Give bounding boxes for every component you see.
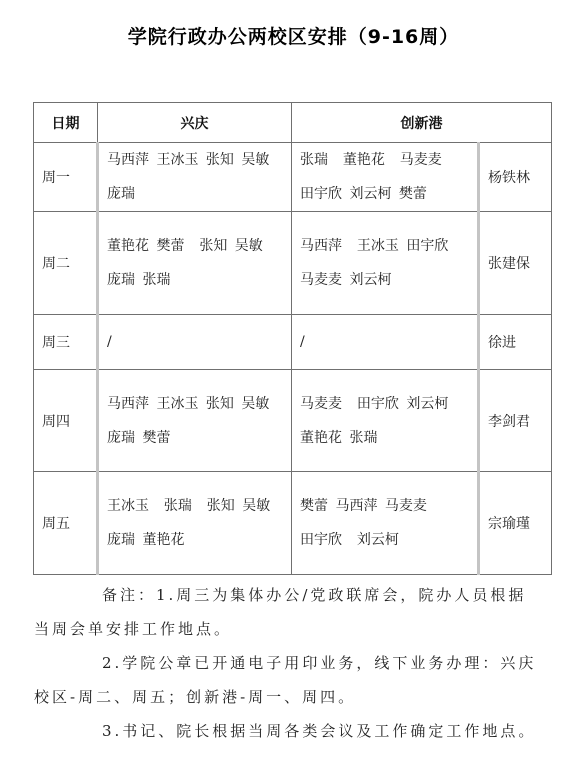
staff-line: 庞瑞 董艳花 [107, 523, 291, 557]
day-cell: 周五 [34, 472, 98, 575]
chuangxingang-staff-cell: 张瑞 董艳花 马麦麦 田宇欣 刘云柯 樊蕾 [292, 143, 479, 212]
table-row: 周三 / / 徐进 [34, 315, 552, 370]
note-2-line-2: 校区-周二、周五；创新港-周一、周四。 [34, 680, 547, 714]
header-xingqing: 兴庆 [98, 103, 292, 143]
chuangxingang-staff-cell: 马西萍 王冰玉 田宇欣 马麦麦 刘云柯 [292, 212, 479, 315]
staff-line: 马麦麦 田宇欣 刘云柯 [300, 387, 477, 421]
xingqing-staff-cell: 董艳花 樊蕾 张知 吴敏 庞瑞 张瑞 [98, 212, 292, 315]
xingqing-staff-cell: 马西萍 王冰玉 张知 吴敏 庞瑞 樊蕾 [98, 370, 292, 472]
chuangxingang-staff-cell: 樊蕾 马西萍 马麦麦 田宇欣 刘云柯 [292, 472, 479, 575]
header-date: 日期 [34, 103, 98, 143]
table-row: 周一 马西萍 王冰玉 张知 吴敏 庞瑞 张瑞 董艳花 马麦麦 田宇欣 刘云柯 樊… [34, 143, 552, 212]
staff-line: / [107, 325, 291, 359]
note-1-line-1: 备注：1.周三为集体办公/党政联席会，院办人员根据 [67, 578, 547, 612]
leader-cell: 李剑君 [479, 370, 552, 472]
day-cell: 周一 [34, 143, 98, 212]
staff-line: 庞瑞 张瑞 [107, 263, 291, 297]
staff-line: / [300, 325, 477, 359]
staff-line: 田宇欣 刘云柯 [300, 523, 477, 557]
note-1-line-2: 当周会单安排工作地点。 [34, 612, 547, 646]
leader-cell: 张建保 [479, 212, 552, 315]
table-row: 周五 王冰玉 张瑞 张知 吴敏 庞瑞 董艳花 樊蕾 马西萍 马麦麦 田宇欣 刘云… [34, 472, 552, 575]
schedule-table: 日期 兴庆 创新港 周一 马西萍 王冰玉 张知 吴敏 庞瑞 张瑞 董艳花 马麦麦… [33, 102, 552, 575]
note-2-line-1: 2.学院公章已开通电子用印业务，线下业务办理：兴庆 [67, 646, 547, 680]
xingqing-staff-cell: / [98, 315, 292, 370]
table-header-row: 日期 兴庆 创新港 [34, 103, 552, 143]
page-title: 学院行政办公两校区安排（9-16周） [0, 22, 587, 49]
staff-line: 张瑞 董艳花 马麦麦 [300, 143, 477, 177]
leader-cell: 宗瑜瑾 [479, 472, 552, 575]
notes-section: 备注：1.周三为集体办公/党政联席会，院办人员根据 当周会单安排工作地点。 2.… [67, 578, 547, 748]
chuangxingang-staff-cell: / [292, 315, 479, 370]
staff-line: 王冰玉 张瑞 张知 吴敏 [107, 489, 291, 523]
staff-line: 马西萍 王冰玉 田宇欣 [300, 229, 477, 263]
leader-cell: 杨铁林 [479, 143, 552, 212]
chuangxingang-staff-cell: 马麦麦 田宇欣 刘云柯 董艳花 张瑞 [292, 370, 479, 472]
leader-cell: 徐进 [479, 315, 552, 370]
staff-line: 马西萍 王冰玉 张知 吴敏 [107, 143, 291, 177]
day-cell: 周二 [34, 212, 98, 315]
staff-line: 庞瑞 [107, 177, 291, 211]
staff-line: 董艳花 张瑞 [300, 421, 477, 455]
xingqing-staff-cell: 王冰玉 张瑞 张知 吴敏 庞瑞 董艳花 [98, 472, 292, 575]
table-row: 周四 马西萍 王冰玉 张知 吴敏 庞瑞 樊蕾 马麦麦 田宇欣 刘云柯 董艳花 张… [34, 370, 552, 472]
note-3: 3.书记、院长根据当周各类会议及工作确定工作地点。 [67, 714, 547, 748]
staff-line: 马西萍 王冰玉 张知 吴敏 [107, 387, 291, 421]
day-cell: 周三 [34, 315, 98, 370]
staff-line: 庞瑞 樊蕾 [107, 421, 291, 455]
day-cell: 周四 [34, 370, 98, 472]
staff-line: 樊蕾 马西萍 马麦麦 [300, 489, 477, 523]
staff-line: 田宇欣 刘云柯 樊蕾 [300, 177, 477, 211]
staff-line: 董艳花 樊蕾 张知 吴敏 [107, 229, 291, 263]
xingqing-staff-cell: 马西萍 王冰玉 张知 吴敏 庞瑞 [98, 143, 292, 212]
staff-line: 马麦麦 刘云柯 [300, 263, 477, 297]
header-chuangxingang: 创新港 [292, 103, 552, 143]
table-row: 周二 董艳花 樊蕾 张知 吴敏 庞瑞 张瑞 马西萍 王冰玉 田宇欣 马麦麦 刘云… [34, 212, 552, 315]
